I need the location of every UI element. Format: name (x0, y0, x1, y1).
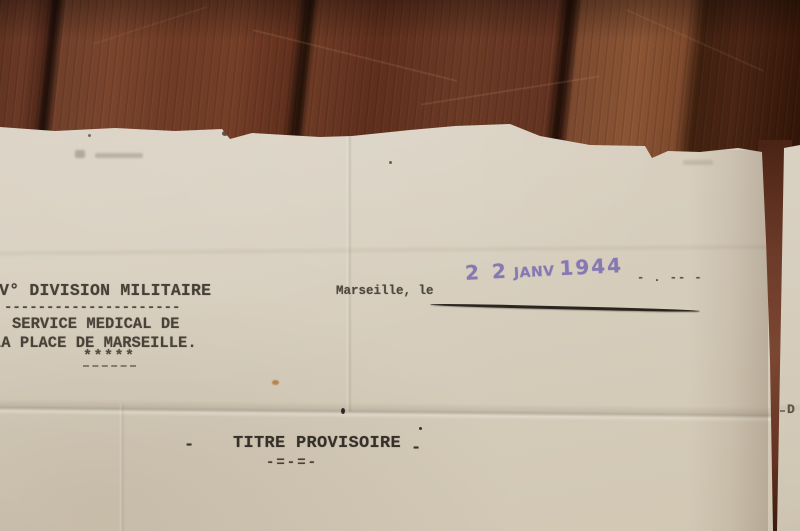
footnote-marks: ***** (83, 349, 136, 367)
provisional-title: TITRE PROVISOIRE (233, 435, 401, 452)
title-underline: -=-=- (266, 456, 318, 470)
date-stamp-day: 2 2 (465, 259, 510, 285)
speck (88, 134, 91, 137)
heading-separator-dashes: --------------------- (4, 301, 180, 315)
wood-scratch (93, 6, 207, 44)
speck (389, 161, 392, 164)
wood-scratch (421, 76, 599, 105)
speck (419, 427, 422, 430)
typed-dots: - . -- - (637, 272, 703, 284)
dateline-underscore (430, 303, 700, 313)
date-stamp-month: JANV (514, 263, 555, 281)
paper-crease-vertical-bottom (119, 404, 125, 531)
paper-crease-vertical-top (346, 130, 352, 412)
pencil-smudge (75, 150, 85, 158)
dateline-label: Marseille, le (336, 285, 434, 298)
wood-scratch (626, 10, 763, 72)
photo-scene: XV° DIVISION MILITAIRE -----------------… (0, 0, 800, 531)
stain (272, 380, 279, 385)
date-stamp: 2 2 JANV 1944 (465, 253, 624, 285)
title-dash-left: - (184, 437, 194, 454)
wood-scratch (253, 30, 457, 82)
pencil-smudge (683, 160, 713, 165)
paper-edge-shadow (688, 150, 768, 531)
adjacent-paper-partial-text: D (787, 403, 795, 416)
pencil-smudge (95, 153, 143, 158)
service-line-1: SERVICE MEDICAL DE (12, 317, 179, 333)
date-stamp-year: 1944 (559, 253, 624, 280)
title-dash-right: - (411, 440, 421, 457)
speck (341, 408, 345, 414)
paper-crease-upper (0, 243, 800, 258)
adjacent-paper-mark (780, 410, 785, 412)
division-heading: XV° DIVISION MILITAIRE (0, 283, 211, 300)
